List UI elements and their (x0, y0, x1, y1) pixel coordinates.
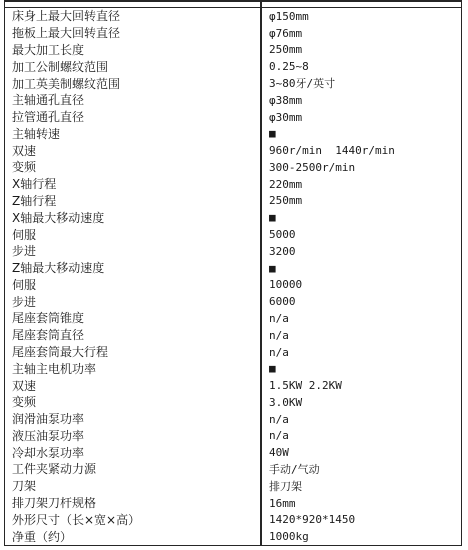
table-row: 双速 960r/min 1440r/min (5, 142, 461, 159)
table-row: 尾座套筒最大行程 n/a (5, 344, 461, 361)
spec-value: ■ (262, 260, 461, 277)
spec-label: 最大加工长度 (5, 42, 262, 59)
table-row: 尾座套筒锥度 n/a (5, 310, 461, 327)
spec-label: 主轴通孔直径 (5, 92, 262, 109)
table-row: 排刀架刀杆规格 16mm (5, 495, 461, 512)
table-row: Z轴最大移动速度 ■ (5, 260, 461, 277)
spec-value: n/a (262, 327, 461, 344)
spec-label: 尾座套筒锥度 (5, 310, 262, 327)
spec-value: 1000kg (262, 528, 461, 545)
spec-label: 步进 (5, 243, 262, 260)
table-row: 加工英美制螺纹范围 3~80牙/英寸 (5, 75, 461, 92)
spec-value: φ38mm (262, 92, 461, 109)
spec-value: 5000 (262, 226, 461, 243)
table-row: 净重（约） 1000kg (5, 528, 461, 545)
spec-label: Z轴最大移动速度 (5, 260, 262, 277)
spec-label: 拖板上最大回转直径 (5, 25, 262, 42)
header-band-left-cell (5, 2, 262, 7)
table-row: 工件夹紧动力源 手动/气动 (5, 461, 461, 478)
spec-value: n/a (262, 428, 461, 445)
spec-value: 3~80牙/英寸 (262, 75, 461, 92)
table-row: 拖板上最大回转直径 φ76mm (5, 25, 461, 42)
table-row: 变频 300-2500r/min (5, 159, 461, 176)
spec-value: 40W (262, 444, 461, 461)
spec-label: 变频 (5, 159, 262, 176)
table-row: 尾座套筒直径 n/a (5, 327, 461, 344)
spec-label: 加工公制螺纹范围 (5, 58, 262, 75)
spec-value: 手动/气动 (262, 461, 461, 478)
spec-value: n/a (262, 310, 461, 327)
table-row: 最大加工长度 250mm (5, 42, 461, 59)
spec-label: 步进 (5, 293, 262, 310)
table-row: 加工公制螺纹范围 0.25~8 (5, 58, 461, 75)
spec-label: 刀架 (5, 478, 262, 495)
table-row: 外形尺寸（长×宽×高） 1420*920*1450 (5, 511, 461, 528)
spec-label: 排刀架刀杆规格 (5, 495, 262, 512)
spec-label: 尾座套筒直径 (5, 327, 262, 344)
table-row: 变频 3.0KW (5, 394, 461, 411)
spec-label: 液压油泵功率 (5, 428, 262, 445)
spec-label: 变频 (5, 394, 262, 411)
spec-value: 250mm (262, 193, 461, 210)
spec-label: 外形尺寸（长×宽×高） (5, 511, 262, 528)
spec-value: φ150mm (262, 8, 461, 25)
spec-label: 双速 (5, 142, 262, 159)
spec-value: 3200 (262, 243, 461, 260)
spec-label: 伺服 (5, 226, 262, 243)
spec-value: 1.5KW 2.2KW (262, 377, 461, 394)
spec-label: 冷却水泵功率 (5, 444, 262, 461)
spec-label: 主轴主电机功率 (5, 360, 262, 377)
page: 床身上最大回转直径 φ150mm 拖板上最大回转直径 φ76mm 最大加工长度 … (0, 0, 468, 550)
table-row: 拉管通孔直径 φ30mm (5, 109, 461, 126)
spec-value: 1420*920*1450 (262, 511, 461, 528)
spec-label: X轴最大移动速度 (5, 209, 262, 226)
spec-label: 工件夹紧动力源 (5, 461, 262, 478)
spec-value: φ30mm (262, 109, 461, 126)
spec-value: 6000 (262, 293, 461, 310)
spec-label: 尾座套筒最大行程 (5, 344, 262, 361)
spec-label: 加工英美制螺纹范围 (5, 75, 262, 92)
table-row: 主轴主电机功率 ■ (5, 360, 461, 377)
spec-value: 960r/min 1440r/min (262, 142, 461, 159)
table-row: 液压油泵功率 n/a (5, 428, 461, 445)
spec-label: 净重（约） (5, 528, 262, 545)
table-row: 刀架 排刀架 (5, 478, 461, 495)
spec-value: ■ (262, 360, 461, 377)
spec-value: 3.0KW (262, 394, 461, 411)
spec-label: 拉管通孔直径 (5, 109, 262, 126)
spec-label: 伺服 (5, 277, 262, 294)
table-row: X轴最大移动速度 ■ (5, 209, 461, 226)
spec-label: X轴行程 (5, 176, 262, 193)
table-row: 伺服 10000 (5, 277, 461, 294)
spec-value: 16mm (262, 495, 461, 512)
spec-rows: 床身上最大回转直径 φ150mm 拖板上最大回转直径 φ76mm 最大加工长度 … (5, 8, 461, 545)
spec-value: 10000 (262, 277, 461, 294)
table-row: Z轴行程 250mm (5, 193, 461, 210)
spec-label: Z轴行程 (5, 193, 262, 210)
spec-value: φ76mm (262, 25, 461, 42)
table-row: 润滑油泵功率 n/a (5, 411, 461, 428)
spec-value: 220mm (262, 176, 461, 193)
spec-value: 250mm (262, 42, 461, 59)
spec-value: n/a (262, 411, 461, 428)
spec-label: 润滑油泵功率 (5, 411, 262, 428)
table-row: 冷却水泵功率 40W (5, 444, 461, 461)
table-row: 床身上最大回转直径 φ150mm (5, 8, 461, 25)
table-row: X轴行程 220mm (5, 176, 461, 193)
table-row: 步进 3200 (5, 243, 461, 260)
spec-table: 床身上最大回转直径 φ150mm 拖板上最大回转直径 φ76mm 最大加工长度 … (4, 0, 462, 546)
spec-value: ■ (262, 125, 461, 142)
table-row: 步进 6000 (5, 293, 461, 310)
spec-value: ■ (262, 209, 461, 226)
table-row: 主轴转速 ■ (5, 125, 461, 142)
table-row: 主轴通孔直径 φ38mm (5, 92, 461, 109)
spec-value: 0.25~8 (262, 58, 461, 75)
spec-value: n/a (262, 344, 461, 361)
spec-value: 300-2500r/min (262, 159, 461, 176)
spec-value: 排刀架 (262, 478, 461, 495)
spec-label: 主轴转速 (5, 125, 262, 142)
table-row: 双速 1.5KW 2.2KW (5, 377, 461, 394)
table-row: 伺服 5000 (5, 226, 461, 243)
spec-label: 双速 (5, 377, 262, 394)
spec-label: 床身上最大回转直径 (5, 8, 262, 25)
